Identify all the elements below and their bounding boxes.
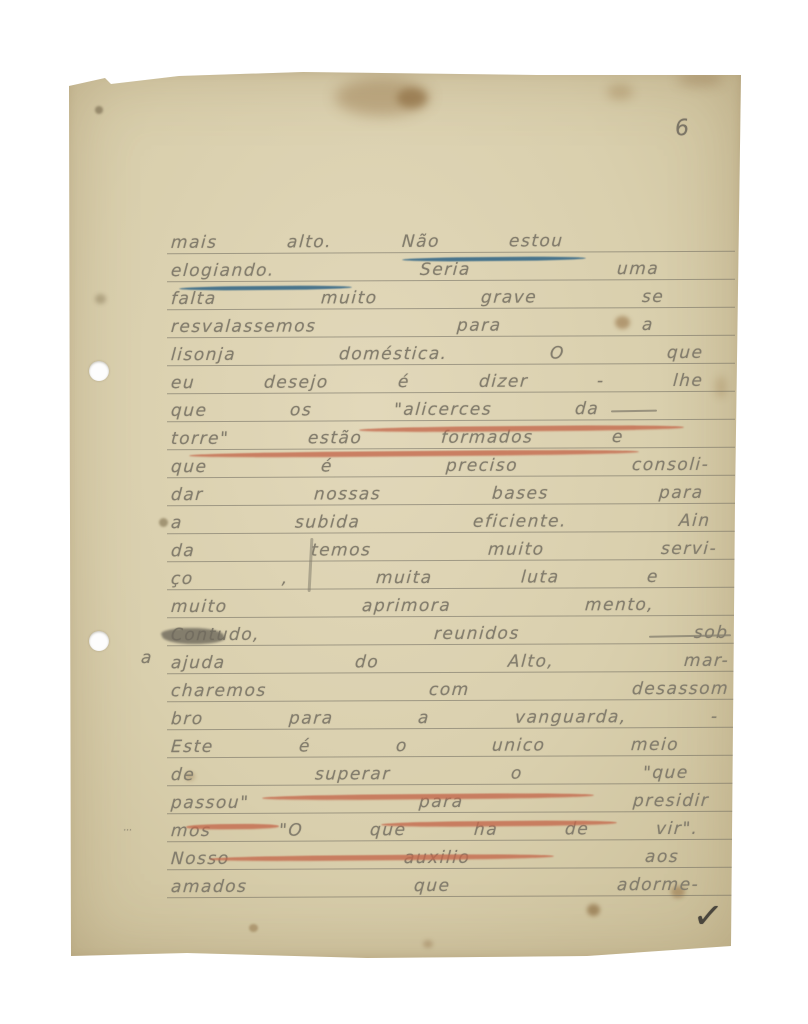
blue-crayon-underline — [402, 256, 586, 262]
margin-note: ··· — [123, 826, 132, 836]
blue-crayon-underline — [179, 285, 352, 291]
photo-background: maisalto.Nãoestouelogiando.Seriaumafalta… — [0, 0, 808, 1024]
deco-layer: a··· — [67, 72, 741, 958]
red-crayon-underline — [381, 820, 617, 827]
margin-note: a — [140, 648, 152, 668]
pencil-scribble — [162, 628, 224, 644]
red-crayon-underline — [186, 824, 279, 830]
red-crayon-underline — [359, 425, 684, 433]
page-number: 6 — [674, 115, 692, 141]
manuscript-paper: maisalto.Nãoestouelogiando.Seriaumafalta… — [67, 72, 741, 958]
checkmark-icon: ✓ — [691, 895, 725, 938]
pencil-vstroke — [308, 538, 314, 592]
hole-punch-bottom — [89, 631, 109, 651]
pencil-strike — [611, 410, 657, 413]
red-crayon-underline — [209, 853, 554, 861]
pencil-strike — [649, 634, 731, 637]
red-crayon-underline — [189, 449, 639, 458]
red-crayon-underline — [262, 793, 594, 801]
hole-punch-top — [89, 361, 109, 381]
